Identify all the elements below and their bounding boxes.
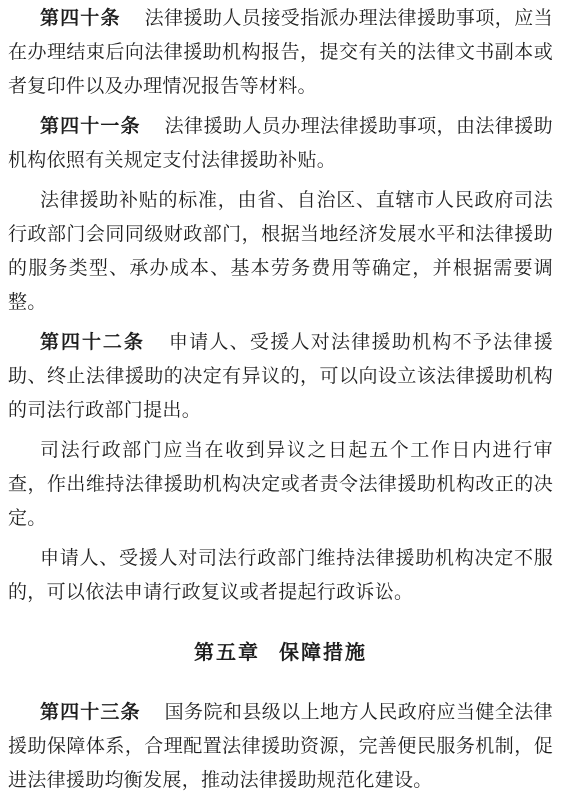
appeal-paragraph: 申请人、受援人对司法行政部门维持法律援助机构决定不服的，可以依法申请行政复议或者… bbox=[8, 542, 553, 610]
article-40-number: 第四十条 bbox=[40, 8, 121, 29]
article-42-paragraph: 第四十二条申请人、受援人对法律援助机构不予法律援助、终止法律援助的决定有异议的，… bbox=[8, 326, 553, 428]
chapter-title: 保障措施 bbox=[279, 642, 367, 664]
appeal-text: 申请人、受援人对司法行政部门维持法律援助机构决定不服的，可以依法申请行政复议或者… bbox=[8, 548, 553, 603]
document-page: 第四十条法律援助人员接受指派办理法律援助事项，应当在办理结束后向法律援助机构报告… bbox=[0, 0, 561, 800]
article-41-number: 第四十一条 bbox=[40, 116, 141, 137]
chapter-5-heading: 第五章保障措施 bbox=[8, 636, 553, 670]
review-procedure-text: 司法行政部门应当在收到异议之日起五个工作日内进行审查，作出维持法律援助机构决定或… bbox=[8, 440, 553, 529]
article-40-paragraph: 第四十条法律援助人员接受指派办理法律援助事项，应当在办理结束后向法律援助机构报告… bbox=[8, 2, 553, 104]
article-42-number: 第四十二条 bbox=[40, 332, 145, 353]
chapter-number: 第五章 bbox=[194, 642, 260, 664]
subsidy-standard-paragraph: 法律援助补贴的标准，由省、自治区、直辖市人民政府司法行政部门会同同级财政部门，根… bbox=[8, 184, 553, 320]
article-43-paragraph: 第四十三条国务院和县级以上地方人民政府应当健全法律援助保障体系，合理配置法律援助… bbox=[8, 696, 553, 798]
article-41-paragraph: 第四十一条法律援助人员办理法律援助事项，由法律援助机构依照有关规定支付法律援助补… bbox=[8, 110, 553, 178]
review-procedure-paragraph: 司法行政部门应当在收到异议之日起五个工作日内进行审查，作出维持法律援助机构决定或… bbox=[8, 434, 553, 536]
article-43-number: 第四十三条 bbox=[40, 702, 141, 723]
subsidy-standard-text: 法律援助补贴的标准，由省、自治区、直辖市人民政府司法行政部门会同同级财政部门，根… bbox=[8, 190, 553, 313]
